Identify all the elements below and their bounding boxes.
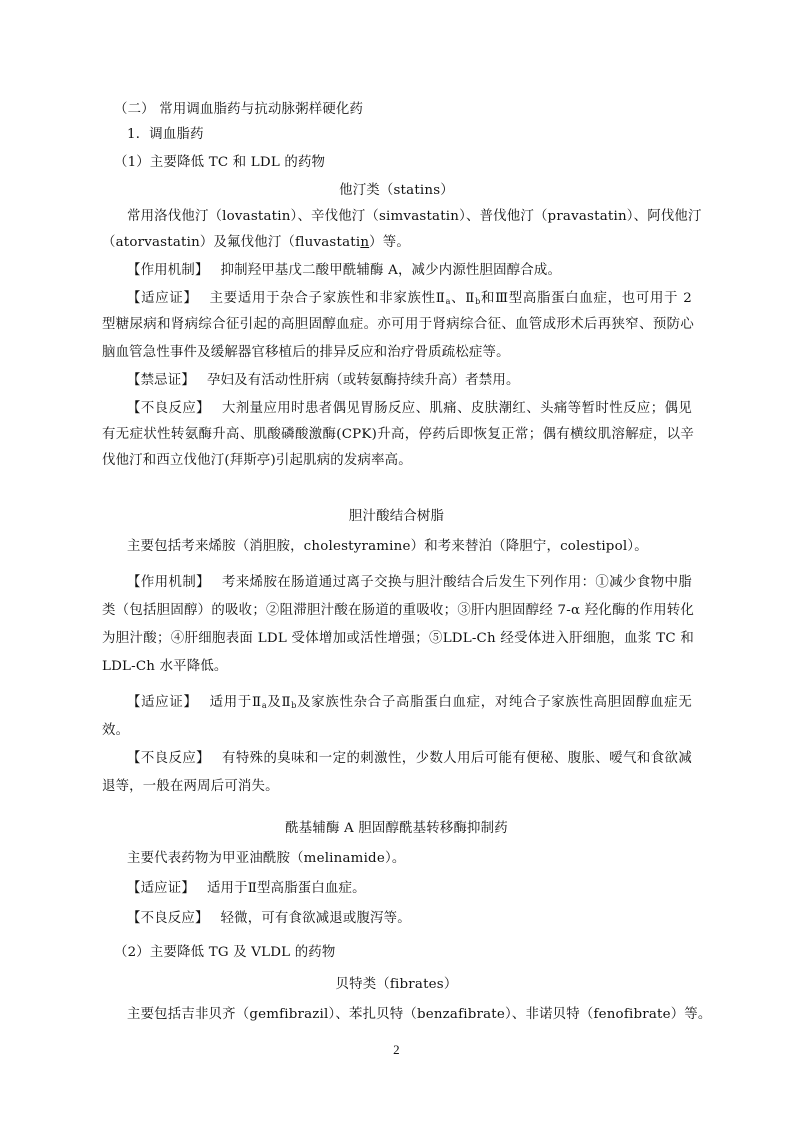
statins-indication-line2: 型糖尿病和肾病综合征引起的高胆固醇血症。亦可用于肾病综合征、血管成形术后再狭窄、… [102, 316, 694, 334]
resins-adverse-line1: 【不良反应】有特殊的臭味和一定的刺激性，少数人用后可能有便秘、腹胀、嗳气和食欲减 [127, 750, 692, 768]
resins-mechanism-line1: 【作用机制】考来烯胺在肠道通过离子交换与胆汁酸结合后发生下列作用：①减少食物中脂 [127, 574, 692, 592]
acat-indication: 【适应证】适用于Ⅱ型高脂蛋白血症。 [127, 880, 366, 898]
group-heading-2: （2）主要降低 TG 及 VLDL 的药物 [114, 944, 335, 962]
statins-heading: 他汀类（statins） [0, 182, 793, 200]
text-run: 主要适用于杂合子家族性和非家族性Ⅱ [210, 291, 446, 306]
adverse-tag: 【不良反应】 [127, 401, 210, 416]
subsection-heading: 1．调血脂药 [127, 126, 204, 144]
text-run: 考来烯胺在肠道通过离子交换与胆汁酸结合后发生下列作用：①减少食物中脂 [222, 575, 692, 590]
contraindication-tag: 【禁忌证】 [127, 373, 195, 388]
statins-adverse-line1: 【不良反应】大剂量应用时患者偶见胃肠反应、肌痛、皮肤潮红、头痛等暂时性反应；偶见 [127, 400, 692, 418]
acat-heading: 酰基辅酶 A 胆固醇酰基转移酶抑制药 [0, 820, 793, 838]
resins-mechanism-line4: LDL-Ch 水平降低。 [102, 658, 228, 676]
resins-intro: 主要包括考来烯胺（消胆胺，cholestyramine）和考来替泊（降胆宁，co… [127, 538, 648, 556]
page-number: 2 [0, 1041, 793, 1059]
statins-adverse-line2: 有无症状性转氨酶升高、肌酸磷酸激酶(CPK)升高，停药后即恢复正常；偶有横纹肌溶… [102, 426, 694, 444]
statins-intro-line1: 常用洛伐他汀（lovastatin）、辛伐他汀（simvastatin）、普伐他… [127, 208, 692, 226]
adverse-text: 轻微，可有食欲减退或腹泻等。 [221, 911, 411, 926]
resins-indication-line1: 【适应证】适用于Ⅱa及Ⅱb及家族性杂合子高脂蛋白血症，对纯合子家族性高胆固醇血症… [127, 694, 692, 715]
mechanism-tag: 【作用机制】 [127, 263, 209, 278]
acat-adverse: 【不良反应】轻微，可有食欲减退或腹泻等。 [127, 910, 411, 928]
text-run: （atorvastatin）及氟伐他汀（fluvastati [102, 235, 360, 250]
group-heading-1: （1）主要降低 TC 和 LDL 的药物 [114, 154, 325, 172]
text-run: 和Ⅲ型高脂蛋白血症，也可用于 2 [480, 291, 692, 306]
section-title: （二） 常用调血脂药与抗动脉粥样硬化药 [114, 101, 363, 119]
text-run: 及Ⅱ [267, 695, 291, 710]
resins-mechanism-line3: 为胆汁酸；④肝细胞表面 LDL 受体增加或活性增强；⑤LDL-Ch 经受体进入肝… [102, 630, 694, 648]
text-run: 大剂量应用时患者偶见胃肠反应、肌痛、皮肤潮红、头痛等暂时性反应；偶见 [222, 401, 692, 416]
statins-indication-line1: 【适应证】主要适用于杂合子家族性和非家族性Ⅱa、Ⅱb和Ⅲ型高脂蛋白血症，也可用于… [127, 290, 692, 311]
mechanism-text: 抑制羟甲基戊二酸甲酰辅酶 A，减少内源性胆固醇合成。 [221, 263, 562, 278]
text-run: 适用于Ⅱ [210, 695, 262, 710]
fibrates-intro: 主要包括吉非贝齐（gemfibrazil）、苯扎贝特（benzafibrate）… [127, 1006, 712, 1024]
indication-tag: 【适应证】 [127, 291, 198, 306]
statins-mechanism: 【作用机制】抑制羟甲基戊二酸甲酰辅酶 A，减少内源性胆固醇合成。 [127, 262, 561, 280]
indication-tag: 【适应证】 [127, 695, 198, 710]
indication-text: 适用于Ⅱ型高脂蛋白血症。 [207, 881, 366, 896]
text-run: 有特殊的臭味和一定的刺激性，少数人用后可能有便秘、腹胀、嗳气和食欲减 [222, 751, 692, 766]
statins-adverse-line3: 伐他汀和西立伐他汀(拜斯亭)引起肌病的发病率高。 [102, 452, 412, 470]
statins-contraindication: 【禁忌证】孕妇及有活动性肝病（或转氨酶持续升高）者禁用。 [127, 372, 520, 390]
text-run: 及家族性杂合子高脂蛋白血症，对纯合子家族性高胆固醇血症无 [297, 695, 692, 710]
fibrates-heading: 贝特类（fibrates） [0, 976, 793, 994]
acat-intro: 主要代表药物为甲亚油酰胺（melinamide）。 [127, 850, 405, 868]
text-run: 、Ⅱ [451, 291, 476, 306]
mechanism-tag: 【作用机制】 [127, 575, 210, 590]
resins-heading: 胆汁酸结合树脂 [0, 508, 793, 526]
contraindication-text: 孕妇及有活动性肝病（或转氨酶持续升高）者禁用。 [207, 373, 520, 388]
resins-adverse-line2: 退等，一般在两周后可消失。 [102, 778, 279, 796]
underlined-char: n [360, 235, 369, 250]
adverse-tag: 【不良反应】 [127, 911, 209, 926]
statins-intro-line2: （atorvastatin）及氟伐他汀（fluvastatin）等。 [102, 234, 410, 252]
text-run: ）等。 [369, 235, 410, 250]
resins-mechanism-line2: 类（包括胆固醇）的吸收；②阻滞胆汁酸在肠道的重吸收；③肝内胆固醇经 7-α 羟化… [102, 602, 694, 620]
resins-indication-line2: 效。 [102, 722, 129, 740]
adverse-tag: 【不良反应】 [127, 751, 210, 766]
indication-tag: 【适应证】 [127, 881, 195, 896]
statins-indication-line3: 脑血管急性事件及缓解器官移植后的排异反应和治疗骨质疏松症等。 [102, 344, 510, 362]
